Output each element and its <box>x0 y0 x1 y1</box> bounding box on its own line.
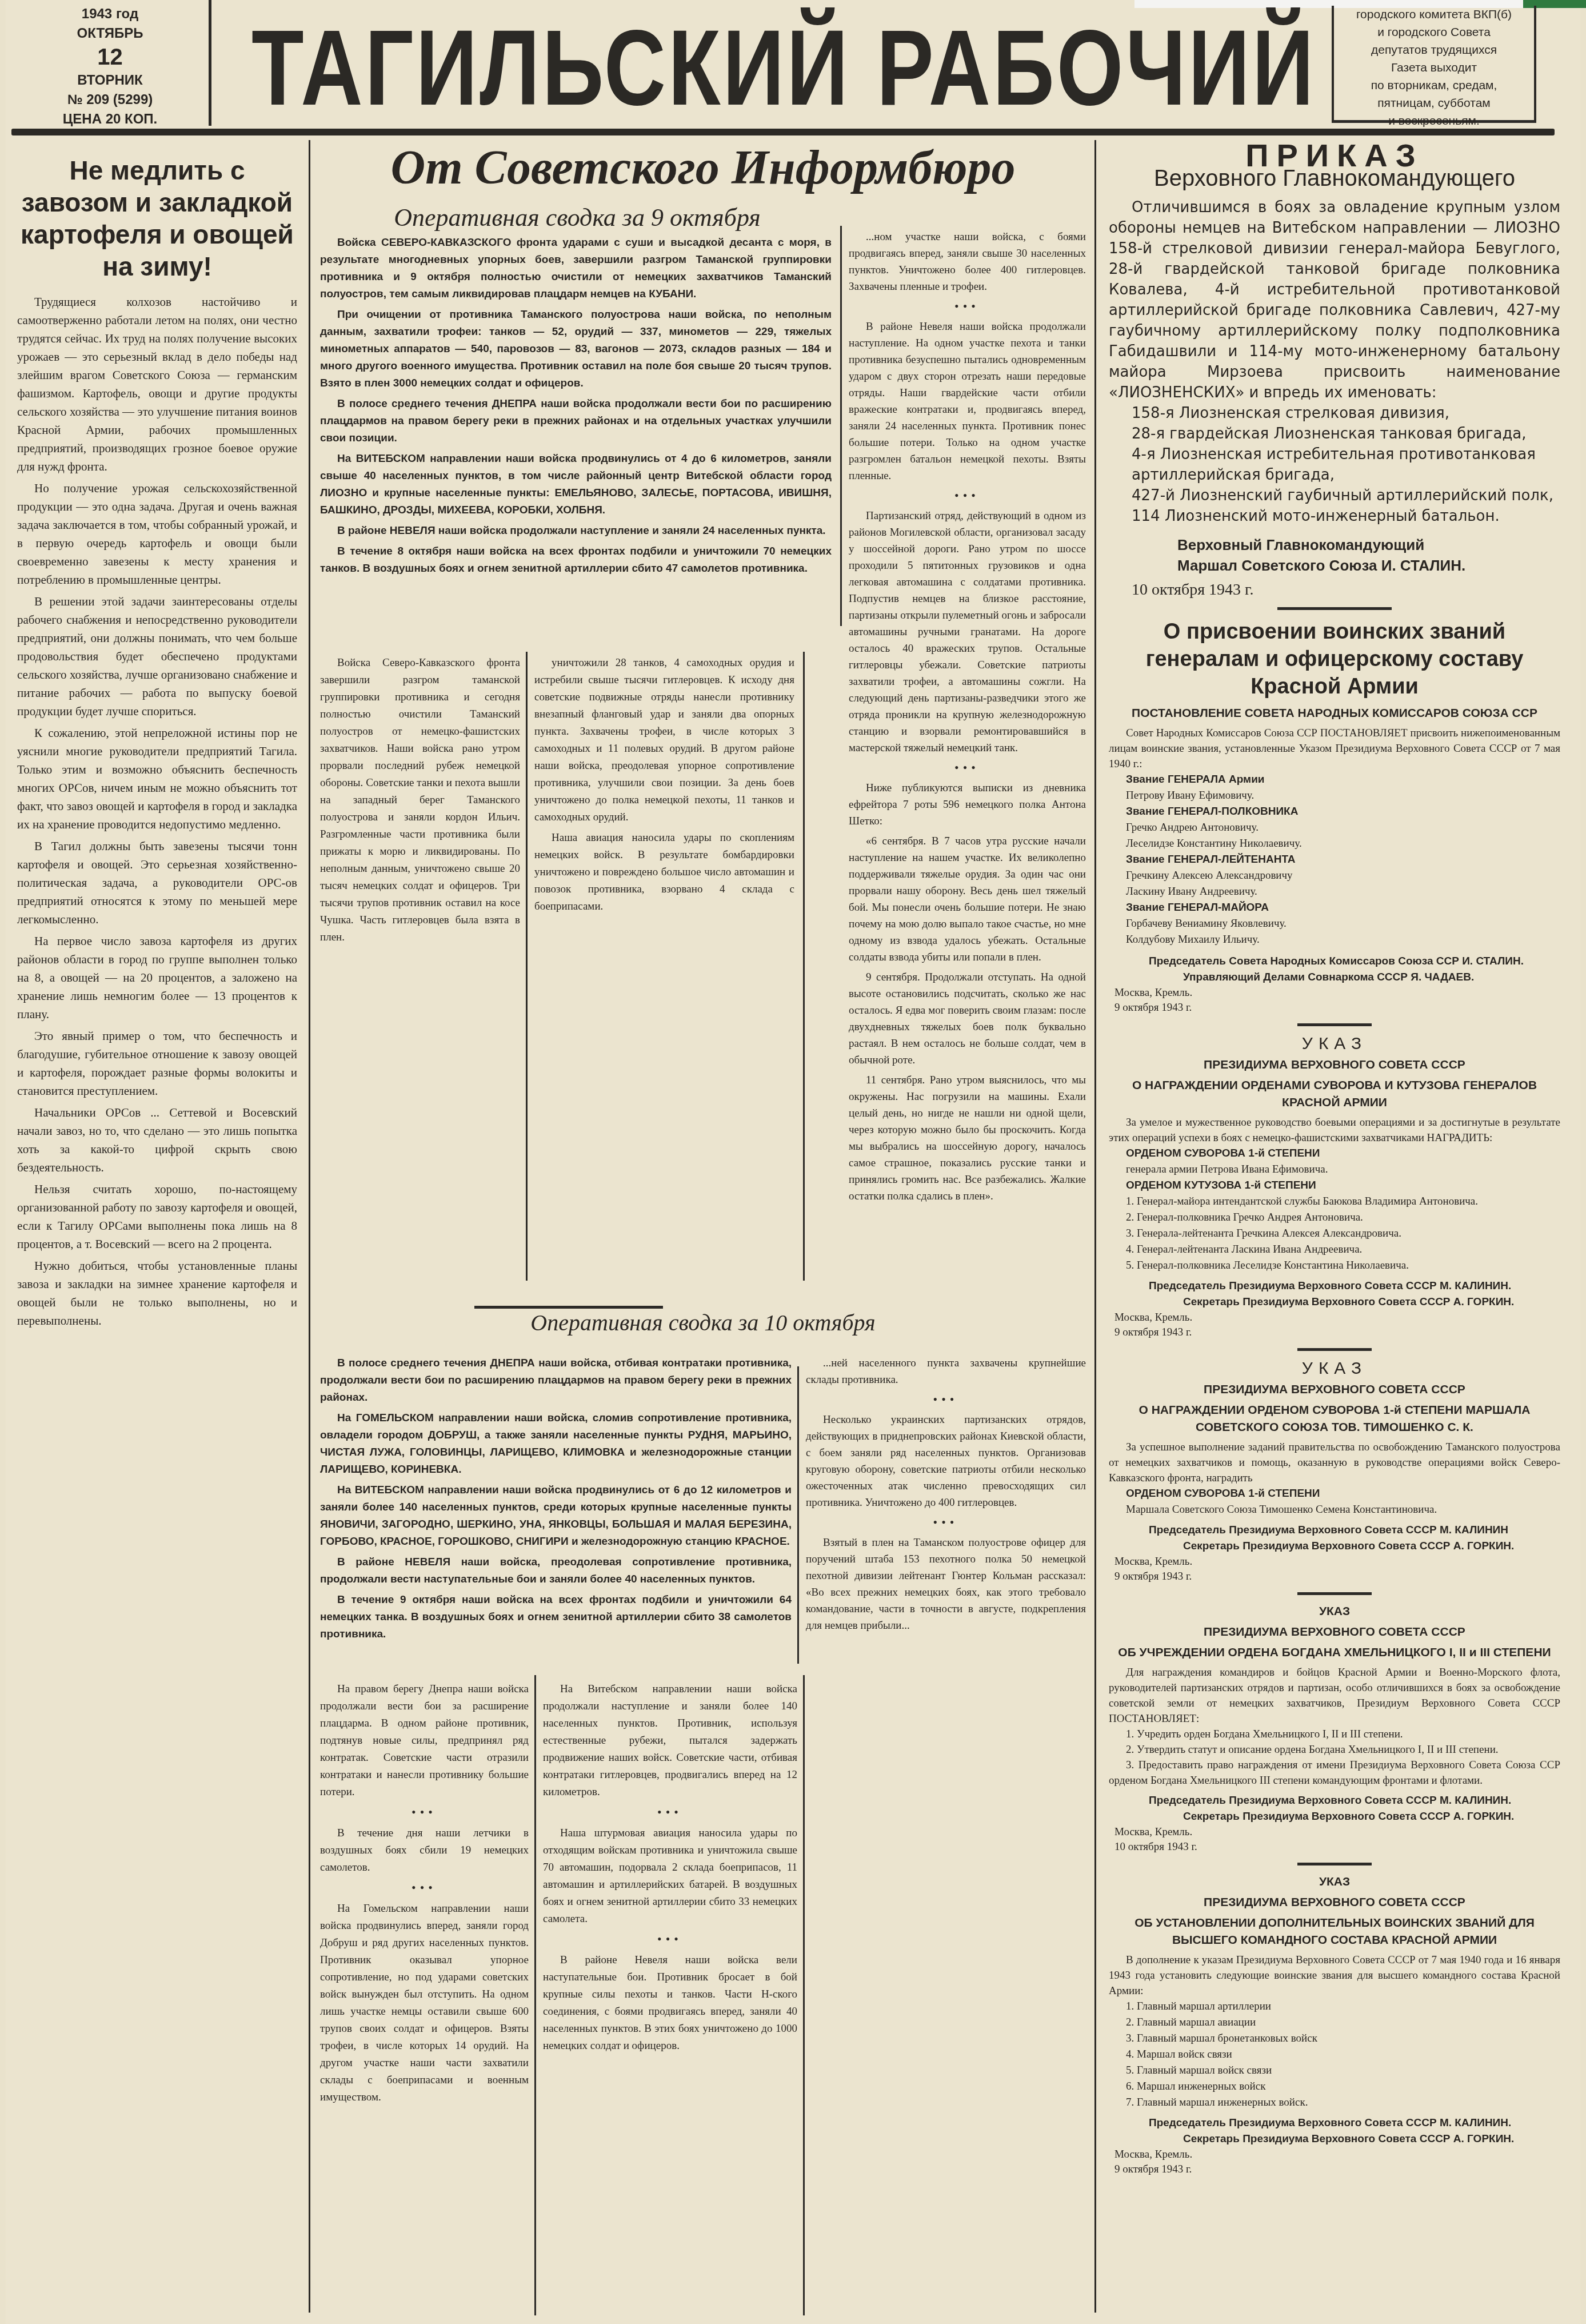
ukaz-issuer: ПРЕЗИДИУМА ВЕРХОВНОГО СОВЕТА СССР <box>1109 1624 1560 1641</box>
rank-recipient: Гречкину Алексею Александровичу <box>1126 868 1560 884</box>
report-paragraph: В полосе среднего течения ДНЕПРА наши во… <box>320 1355 792 1406</box>
ukaz-title: ОБ УСТАНОВЛЕНИИ ДОПОЛНИТЕЛЬНЫХ ВОИНСКИХ … <box>1109 1915 1560 1949</box>
intro-text: Совет Народных Комиссаров Союза ССР ПОСТ… <box>1109 725 1560 772</box>
schedule-line: и воскресеньям. <box>1334 112 1534 130</box>
ranks-list: Звание ГЕНЕРАЛА Армии Петрову Ивану Ефим… <box>1109 772 1560 948</box>
column-divider <box>803 652 805 1281</box>
report-paragraph: На Гомельском направлении наши войска пр… <box>320 1900 529 2106</box>
ukaz-title: ОБ УЧРЕЖДЕНИИ ОРДЕНА БОГДАНА ХМЕЛЬНИЦКОГ… <box>1109 1644 1560 1661</box>
order-date: 10 октября 1943 г. <box>1132 580 1560 599</box>
order-units: 158-я Лиозненская стрелковая дивизия, 28… <box>1109 403 1560 527</box>
separator-stars: ••• <box>806 1392 1086 1408</box>
report-paragraph: На ВИТЕБСКОМ направлении наши войска про… <box>320 1482 792 1550</box>
column-divider <box>840 226 842 626</box>
signature: Председатель Совета Народных Комиссаров … <box>1109 954 1560 970</box>
rank-title: Звание ГЕНЕРАЛ-ПОЛКОВНИКА <box>1126 804 1560 820</box>
award-recipient: 5. Генерал-полковника Леселидзе Констант… <box>1126 1258 1560 1274</box>
ukaz-item: 3. Предоставить право награждения от име… <box>1109 1757 1560 1788</box>
ukaz-issuer: ПРЕЗИДИУМА ВЕРХОВНОГО СОВЕТА СССР <box>1109 1894 1560 1911</box>
report-paragraph: ...ней населенного пункта захвачены круп… <box>806 1355 1086 1388</box>
rank-title: Звание ГЕНЕРАЛ-ЛЕЙТЕНАНТА <box>1126 852 1560 868</box>
signature: Секретарь Президиума Верховного Совета С… <box>1109 2131 1560 2147</box>
rank-recipient: Петрову Ивану Ефимовичу. <box>1126 788 1560 804</box>
report-paragraph: Наша штурмовая авиация наносила удары по… <box>543 1825 797 1928</box>
editorial-headline: Не медлить с завозом и закладкой картофе… <box>17 154 297 282</box>
report-paragraph: Несколько украинских партизанских отрядо… <box>806 1412 1086 1511</box>
editorial-paragraph: Начальники ОРСов ... Сеттевой и Восевски… <box>17 1103 297 1177</box>
order-name: ОРДЕНОМ СУВОРОВА 1-й СТЕПЕНИ <box>1126 1486 1560 1502</box>
separator-stars: ••• <box>849 488 1086 504</box>
ukaz-issuer: ПРЕЗИДИУМА ВЕРХОВНОГО СОВЕТА СССР <box>1109 1057 1560 1074</box>
editorial-article: Не медлить с завозом и закладкой картофе… <box>17 149 297 1333</box>
issue-number: № 209 (5299) <box>11 90 209 110</box>
price: ЦЕНА 20 КОП. <box>11 110 209 129</box>
intro-text: За умелое и мужественное руководство бое… <box>1109 1115 1560 1146</box>
unit-name: 114 Лиозненский мото-инженерный батальон… <box>1132 506 1560 527</box>
editorial-paragraph: В решении этой задачи заинтересованы отд… <box>17 592 297 720</box>
signature-name: Маршал Советского Союза И. СТАЛИН. <box>1177 555 1560 576</box>
award-recipient: Маршала Советского Союза Тимошенко Семен… <box>1126 1502 1560 1518</box>
ukaz-intro: В дополнение к указам Президиума Верховн… <box>1109 1952 1560 1999</box>
report-oct9-main: Войска СЕВЕРО-КАВКАЗСКОГО фронта ударами… <box>320 234 832 581</box>
editorial-paragraph: В Тагил должны быть завезены тысячи тонн… <box>17 837 297 928</box>
order-signature: Верховный Главнокомандующий Маршал Совет… <box>1109 535 1560 576</box>
award-recipient: 2. Генерал-полковника Гречко Андрея Анто… <box>1126 1210 1560 1226</box>
place: Москва, Кремль. <box>1109 1310 1560 1325</box>
award-recipient: 3. Генерала-лейтенанта Гречкина Алексея … <box>1126 1226 1560 1242</box>
report-paragraph: В течение дня наши летчики в воздушных б… <box>320 1825 529 1876</box>
decree-date: 9 октября 1943 г. <box>1109 1000 1560 1015</box>
report-oct9-lower-col1: Войска Северо-Кавказского фронта заверши… <box>320 655 520 950</box>
report-paragraph: Наша авиация наносила удары по скопления… <box>534 830 794 915</box>
ukaz-label: УКАЗ <box>1109 1873 1560 1891</box>
rank-item: 2. Главный маршал авиации <box>1126 2015 1560 2031</box>
signature-title: Верховный Главнокомандующий <box>1177 535 1560 555</box>
report-paragraph: Войска СЕВЕРО-КАВКАЗСКОГО фронта ударами… <box>320 234 832 303</box>
rank-item: 5. Главный маршал войск связи <box>1126 2063 1560 2079</box>
ukaz-title: О НАГРАЖДЕНИИ ОРДЕНОМ СУВОРОВА 1-й СТЕПЕ… <box>1109 1402 1560 1436</box>
award-recipient: 1. Генерал-майора интендантской службы Б… <box>1126 1194 1560 1210</box>
report-paragraph: В полосе среднего течения ДНЕПРА наши во… <box>320 396 832 447</box>
report-paragraph: Войска Северо-Кавказского фронта заверши… <box>320 655 520 946</box>
column-divider <box>534 1675 536 2315</box>
order-name: ОРДЕНОМ КУТУЗОВА 1-й СТЕПЕНИ <box>1126 1178 1560 1194</box>
report-oct10-subtitle: Оперативная сводка за 10 октября <box>320 1309 1086 1336</box>
ukaz-awards: ОРДЕНОМ СУВОРОВА 1-й СТЕПЕНИ Маршала Сов… <box>1109 1486 1560 1518</box>
intro-text: За успешное выполнение заданий правитель… <box>1109 1440 1560 1486</box>
signature: Управляющий Делами Совнаркома СССР Я. ЧА… <box>1109 970 1560 986</box>
ukaz-item: 1. Учредить орден Богдана Хмельницкого I… <box>1109 1727 1560 1742</box>
report-paragraph: В течение 8 октября наши войска на всех … <box>320 543 832 577</box>
order-name: ОРДЕНОМ СУВОРОВА 1-й СТЕПЕНИ <box>1126 1146 1560 1162</box>
publisher-line: городского комитета ВКП(б) <box>1334 6 1534 23</box>
decrees-column: ПРИКАЗ Верховного Главнокомандующего Отл… <box>1109 140 1560 2177</box>
diary-entry: 9 сентября. Продолжали отступать. На одн… <box>849 969 1086 1069</box>
ukaz-label: УКАЗ <box>1109 1603 1560 1620</box>
separator-stars: ••• <box>543 1804 797 1821</box>
report-oct9-col2: ...ном участке наши войска, с боями прод… <box>849 229 1086 1208</box>
schedule-line: пятницам, субботам <box>1334 94 1534 112</box>
rank-item: 4. Маршал войск связи <box>1126 2047 1560 2063</box>
decree-date: 9 октября 1943 г. <box>1109 1325 1560 1340</box>
separator-stars: ••• <box>849 760 1086 776</box>
report-oct9-subtitle: Оперативная сводка за 9 октября <box>320 203 834 232</box>
award-recipient: 4. Генерал-лейтенанта Ласкина Ивана Андр… <box>1126 1242 1560 1258</box>
signature: Председатель Президиума Верховного Совет… <box>1109 2115 1560 2131</box>
report-paragraph: В районе НЕВЕЛЯ наши войска, преодолевая… <box>320 1554 792 1588</box>
informburo-title: От Советского Информбюро <box>320 140 1086 196</box>
publisher-line: депутатов трудящихся <box>1334 41 1534 59</box>
ukaz-intro: За умелое и мужественное руководство бое… <box>1109 1115 1560 1146</box>
section-divider <box>1297 1348 1372 1351</box>
report-oct10-lower-col1: На правом берегу Днепра наши войска прод… <box>320 1681 529 2110</box>
ukaz-items: 1. Главный маршал артиллерии 2. Главный … <box>1109 1999 1560 2111</box>
diary-entry: 11 сентября. Рано утром выяснилось, что … <box>849 1072 1086 1205</box>
rank-recipient: Горбачеву Вениамину Яковлевичу. <box>1126 916 1560 932</box>
separator-stars: ••• <box>320 1880 529 1897</box>
separator-stars: ••• <box>806 1514 1086 1531</box>
editorial-paragraph: Это явный пример о том, что беспечность … <box>17 1027 297 1100</box>
section-divider <box>1277 607 1392 610</box>
editorial-paragraph: К сожалению, этой непреложной истины пор… <box>17 724 297 834</box>
signature: Председатель Президиума Верховного Совет… <box>1109 1793 1560 1809</box>
order-body: Отличившимся в боях за овладение крупным… <box>1109 197 1560 403</box>
report-paragraph: На правом берегу Днепра наши войска прод… <box>320 1681 529 1801</box>
rank-recipient: Гречко Андрею Антоновичу. <box>1126 820 1560 836</box>
award-recipient: генерала армии Петрова Ивана Ефимовича. <box>1126 1162 1560 1178</box>
ukaz-intro: За успешное выполнение заданий правитель… <box>1109 1440 1560 1486</box>
report-paragraph: В районе Невеля наши войска продолжали н… <box>849 318 1086 484</box>
decree-date: 10 октября 1943 г. <box>1109 1840 1560 1855</box>
editorial-paragraph: Трудящиеся колхозов настойчиво и самоотв… <box>17 293 297 476</box>
masthead-date-box: 1943 год ОКТЯБРЬ 12 ВТОРНИК № 209 (5299)… <box>11 0 211 126</box>
report-paragraph: На Витебском направлении наши войска про… <box>543 1681 797 1801</box>
ranks-intro: Совет Народных Комиссаров Союза ССР ПОСТ… <box>1109 725 1560 772</box>
report-oct9-lower-col2: уничтожили 28 танков, 4 самоходных оруди… <box>534 655 794 919</box>
schedule-line: Газета выходит <box>1334 59 1534 77</box>
place: Москва, Кремль. <box>1109 1825 1560 1840</box>
rank-recipient: Леселидзе Константину Николаевичу. <box>1126 836 1560 852</box>
unit-name: 158-я Лиозненская стрелковая дивизия, <box>1132 403 1560 424</box>
report-oct10-col2: ...ней населенного пункта захвачены круп… <box>806 1355 1086 1637</box>
report-paragraph: Взятый в плен на Таманском полуострове о… <box>806 1534 1086 1634</box>
rank-item: 6. Маршал инженерных войск <box>1126 2079 1560 2095</box>
year: 1943 год <box>11 5 209 24</box>
section-divider <box>1297 1592 1372 1595</box>
column-divider <box>803 1675 805 2315</box>
rank-recipient: Ласкину Ивану Андреевичу. <box>1126 884 1560 900</box>
unit-name: 4-я Лиозненская истребительная противота… <box>1132 444 1560 485</box>
column-divider <box>309 140 310 2313</box>
publisher-box: городского комитета ВКП(б) и городского … <box>1332 6 1536 123</box>
section-divider <box>1297 1023 1372 1026</box>
report-oct10-main: В полосе среднего течения ДНЕПРА наши во… <box>320 1355 792 1647</box>
intro-text: В дополнение к указам Президиума Верховн… <box>1109 1952 1560 1999</box>
report-paragraph: В районе Невеля наши войска вели наступа… <box>543 1952 797 2055</box>
ukaz-awards: ОРДЕНОМ СУВОРОВА 1-й СТЕПЕНИ генерала ар… <box>1109 1146 1560 1274</box>
month: ОКТЯБРЬ <box>11 24 209 43</box>
signature: Секретарь Президиума Верховного Совета С… <box>1109 1809 1560 1825</box>
decree-date: 9 октября 1943 г. <box>1109 1569 1560 1584</box>
ukaz-item: 2. Утвердить статут и описание ордена Бо… <box>1109 1742 1560 1757</box>
report-paragraph: В районе НЕВЕЛЯ наши войска продолжали н… <box>320 523 832 540</box>
day: 12 <box>11 43 209 71</box>
ukaz-intro: Для награждения командиров и бойцов Крас… <box>1109 1665 1560 1788</box>
section-divider <box>1297 1863 1372 1865</box>
report-paragraph: Партизанский отряд, действующий в одном … <box>849 508 1086 756</box>
rank-item: 3. Главный маршал бронетанковых войск <box>1126 2031 1560 2047</box>
report-paragraph: На ГОМЕЛЬСКОМ направлении наши войска, с… <box>320 1410 792 1478</box>
rank-item: 7. Главный маршал инженерных войск. <box>1126 2095 1560 2111</box>
ukaz-label: УКАЗ <box>1109 1359 1560 1378</box>
unit-name: 28-я гвардейская Лиозненская танковая бр… <box>1132 424 1560 444</box>
report-paragraph: уничтожили 28 танков, 4 самоходных оруди… <box>534 655 794 826</box>
column-divider <box>797 1366 799 1664</box>
rank-item: 1. Главный маршал артиллерии <box>1126 1999 1560 2015</box>
ukaz-issuer: ПРЕЗИДИУМА ВЕРХОВНОГО СОВЕТА СССР <box>1109 1381 1560 1398</box>
separator-stars: ••• <box>849 298 1086 315</box>
report-paragraph: ...ном участке наши войска, с боями прод… <box>849 229 1086 295</box>
rank-title: Звание ГЕНЕРАЛА Армии <box>1126 772 1560 788</box>
weekday: ВТОРНИК <box>11 71 209 90</box>
column-divider <box>526 652 528 1281</box>
schedule-line: по вторникам, средам, <box>1334 77 1534 94</box>
ukaz-label: УКАЗ <box>1109 1034 1560 1053</box>
publisher-line: и городского Совета <box>1334 23 1534 41</box>
order-subheading: Верховного Главнокомандующего <box>1109 169 1560 188</box>
signature: Секретарь Президиума Верховного Совета С… <box>1109 1294 1560 1310</box>
signature: Секретарь Президиума Верховного Совета С… <box>1109 1538 1560 1554</box>
editorial-paragraph: Нельзя считать хорошо, по-настоящему орг… <box>17 1180 297 1253</box>
ranks-headline: О присвоении воинских званий генералам и… <box>1109 618 1560 700</box>
unit-name: 427-й Лиозненский гаубичный артиллерийск… <box>1132 485 1560 506</box>
decree-date: 9 октября 1943 г. <box>1109 2162 1560 2177</box>
rank-recipient: Колдубову Михаилу Ильичу. <box>1126 932 1560 948</box>
separator-stars: ••• <box>543 1931 797 1948</box>
report-paragraph: На ВИТЕБСКОМ направлении наши войска про… <box>320 451 832 519</box>
place: Москва, Кремль. <box>1109 1554 1560 1569</box>
order-text: Отличившимся в боях за овладение крупным… <box>1109 197 1560 403</box>
newspaper-title: ТАГИЛЬСКИЙ РАБОЧИЙ <box>251 6 1316 129</box>
ukaz-title: О НАГРАЖДЕНИИ ОРДЕНАМИ СУВОРОВА И КУТУЗО… <box>1109 1077 1560 1111</box>
editorial-paragraph: На первое число завоза картофеля из друг… <box>17 932 297 1023</box>
diary-entry: «6 сентября. В 7 часов утра русские нача… <box>849 833 1086 966</box>
order-heading: ПРИКАЗ <box>1109 146 1560 165</box>
rank-title: Звание ГЕНЕРАЛ-МАЙОРА <box>1126 900 1560 916</box>
masthead-rule <box>11 129 1555 135</box>
ranks-subheading: ПОСТАНОВЛЕНИЕ СОВЕТА НАРОДНЫХ КОМИССАРОВ… <box>1109 705 1560 722</box>
intro-text: Для награждения командиров и бойцов Крас… <box>1109 1665 1560 1727</box>
column-divider <box>1094 140 1096 2313</box>
report-paragraph: В течение 9 октября наши войска на всех … <box>320 1592 792 1643</box>
report-paragraph: Ниже публикуются выписки из дневника ефр… <box>849 780 1086 830</box>
place: Москва, Кремль. <box>1109 2147 1560 2162</box>
report-paragraph: При очищении от противника Таманского по… <box>320 306 832 392</box>
separator-stars: ••• <box>320 1804 529 1821</box>
signature: Председатель Президиума Верховного Совет… <box>1109 1278 1560 1294</box>
report-oct10-lower-col2: На Витебском направлении наши войска про… <box>543 1681 797 2058</box>
place: Москва, Кремль. <box>1109 986 1560 1000</box>
editorial-paragraph: Но получение урожая сельскохозяйственной… <box>17 479 297 589</box>
section-divider <box>474 1306 663 1309</box>
editorial-paragraph: Нужно добиться, чтобы установленные план… <box>17 1257 297 1330</box>
signature: Председатель Президиума Верховного Совет… <box>1109 1522 1560 1538</box>
